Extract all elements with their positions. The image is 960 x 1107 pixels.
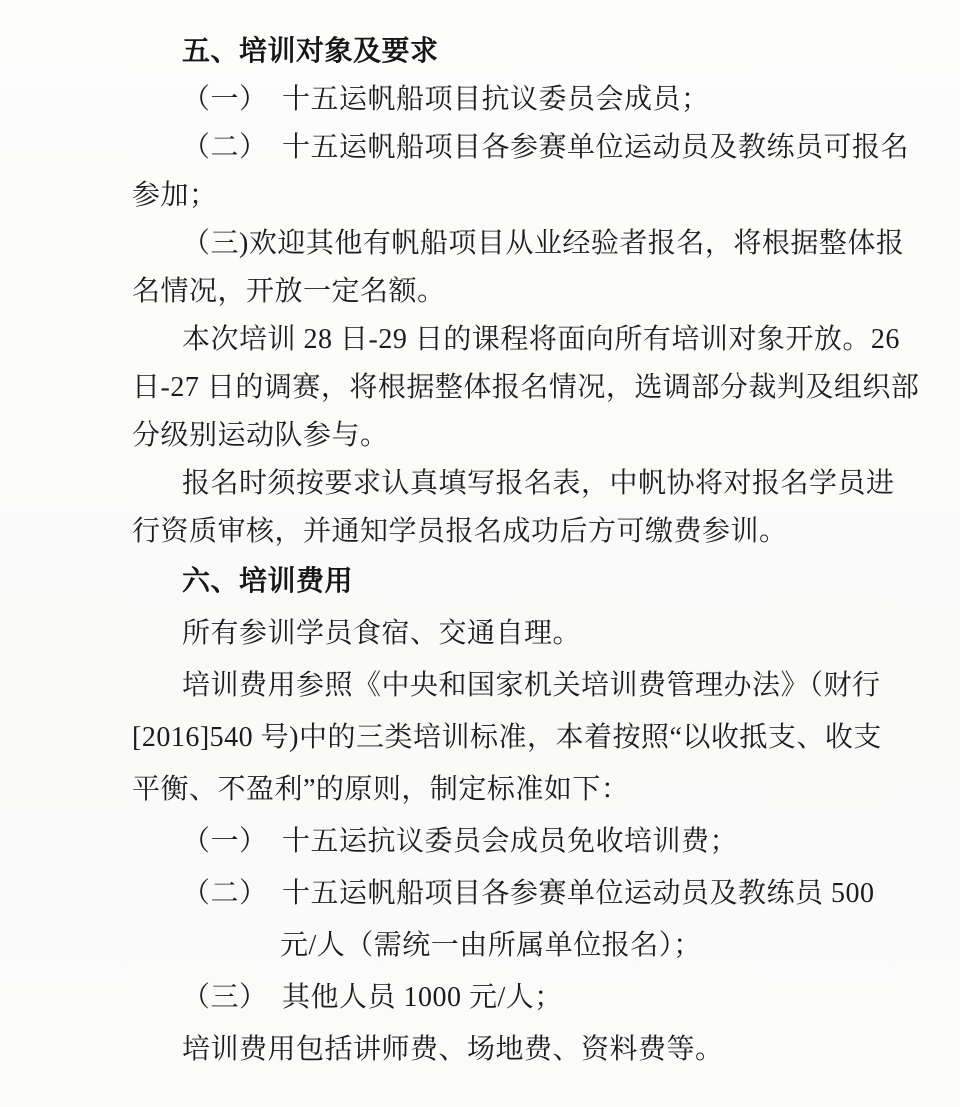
document-line: [2016]540 号)中的三类培训标准，本着按照“以收抵支、收支 <box>132 712 860 764</box>
document-line: 本次培训 28 日-29 日的课程将面向所有培训对象开放。26 <box>132 316 860 364</box>
document-line: （一） 十五运抗议委员会成员免收培训费； <box>132 816 860 868</box>
document-line: （一） 十五运帆船项目抗议委员会成员； <box>132 76 860 124</box>
document-line: （三)欢迎其他有帆船项目从业经验者报名，将根据整体报 <box>132 220 860 268</box>
document-line: 行资质审核，并通知学员报名成功后方可缴费参训。 <box>132 508 860 556</box>
section-6-heading: 六、培训费用 <box>132 556 860 608</box>
document-line: 报名时须按要求认真填写报名表，中帆协将对报名学员进 <box>132 460 860 508</box>
document-page: 五、培训对象及要求 （一） 十五运帆船项目抗议委员会成员； （二） 十五运帆船项… <box>0 0 960 1107</box>
document-line: 平衡、不盈利”的原则，制定标准如下： <box>132 764 860 816</box>
section-5-heading: 五、培训对象及要求 <box>132 28 860 76</box>
document-line: 培训费用参照《中央和国家机关培训费管理办法》（财行 <box>132 660 860 712</box>
document-line: 元/人（需统一由所属单位报名）； <box>132 920 860 972</box>
document-line: 培训费用包括讲师费、场地费、资料费等。 <box>132 1024 860 1076</box>
document-line: （二） 十五运帆船项目各参赛单位运动员及教练员 500 <box>132 868 860 920</box>
document-line: 日-27 日的调赛，将根据整体报名情况，选调部分裁判及组织部 <box>132 364 860 412</box>
document-line: （三） 其他人员 1000 元/人； <box>132 972 860 1024</box>
document-line: 参加； <box>132 172 860 220</box>
document-line: （二） 十五运帆船项目各参赛单位运动员及教练员可报名 <box>132 124 860 172</box>
document-line: 所有参训学员食宿、交通自理。 <box>132 608 860 660</box>
document-line: 名情况，开放一定名额。 <box>132 268 860 316</box>
document-line: 分级别运动队参与。 <box>132 412 860 460</box>
